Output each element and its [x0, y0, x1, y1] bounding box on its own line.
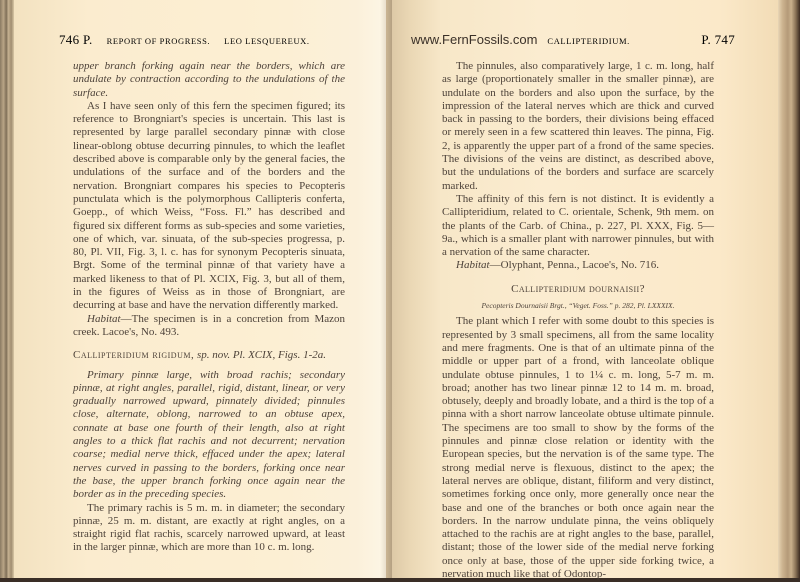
paragraph-body: The primary rachis is 5 m. m. in diamete… — [73, 502, 345, 555]
paragraph-affinity: The affinity of this fern is not distinc… — [442, 193, 714, 259]
watermark-url: www.FernFossils.com — [411, 32, 537, 47]
right-page-text: The pinnules, also comparatively large, … — [442, 60, 714, 581]
left-running-header: 746 P. REPORT OF PROGRESS. LEO LESQUEREU… — [59, 32, 310, 46]
book-edge-right — [778, 0, 800, 578]
book-edge-left — [0, 0, 14, 578]
open-book: 746 P. REPORT OF PROGRESS. LEO LESQUEREU… — [0, 0, 800, 578]
left-running-title: REPORT OF PROGRESS. — [107, 36, 211, 46]
left-page-number: 746 P. — [59, 32, 93, 48]
synonym-line: Pecopteris Dournaisii Brgt., “Veget. Fos… — [442, 299, 714, 312]
species-heading-dournaisii: Callipteridium dournaisii? — [442, 283, 714, 296]
paragraph-body: The pinnules, also comparatively large, … — [442, 60, 714, 193]
species-heading-rigidum: Callipteridium rigidum, sp. nov. Pl. XCI… — [73, 349, 345, 362]
gutter-shadow — [380, 0, 392, 578]
paragraph-diagnosis: Primary pinnæ large, with broad rachis; … — [73, 369, 345, 502]
habitat-label: Habitat — [87, 313, 121, 325]
left-page-text: upper branch forking again near the bord… — [73, 60, 345, 555]
paragraph-body: The plant which I refer with some doubt … — [442, 315, 714, 581]
paragraph-italic-continuation: upper branch forking again near the bord… — [73, 60, 345, 100]
paragraph-habitat: Habitat—Olyphant, Penna., Lacoe's, No. 7… — [442, 259, 714, 272]
paragraph-habitat: Habitat—The specimen is in a concretion … — [73, 313, 345, 340]
right-page-number: P. 747 — [701, 32, 735, 48]
paragraph-body: As I have seen only of this fern the spe… — [73, 100, 345, 313]
habitat-label: Habitat — [456, 259, 490, 271]
right-running-title: CALLIPTERIDIUM. — [547, 36, 629, 46]
left-author: LEO LESQUEREUX. — [224, 36, 310, 46]
right-running-header: www.FernFossils.com CALLIPTERIDIUM. P. 7… — [411, 32, 735, 46]
